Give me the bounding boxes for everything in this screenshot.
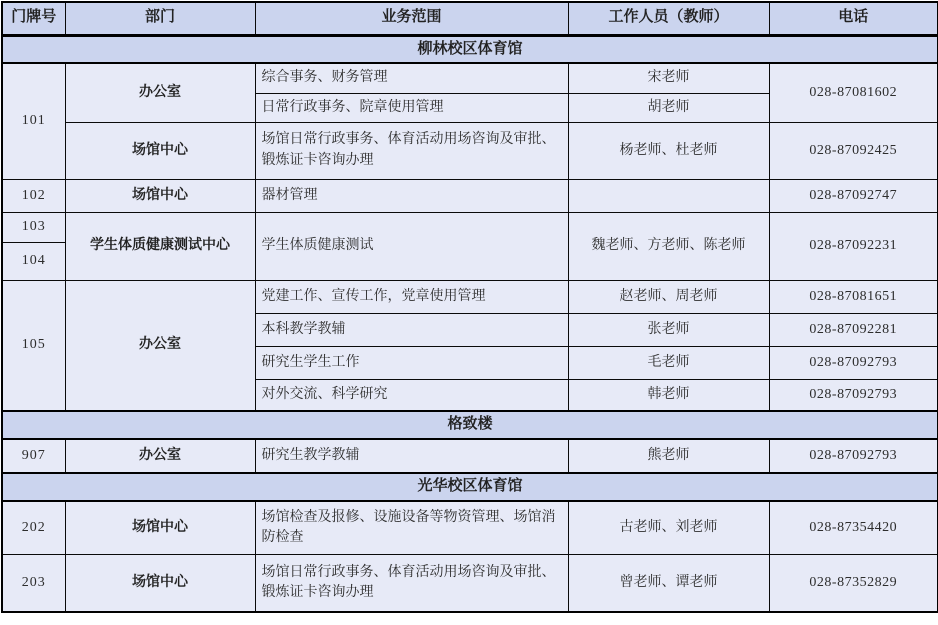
staff-cell: 曾老师、谭老师: [568, 555, 769, 612]
table-row: 202 场馆中心 场馆检查及报修、设施设备等物资管理、场馆消防检查 古老师、刘老…: [2, 501, 938, 555]
table-row: 场馆中心 场馆日常行政事务、体育活动用场咨询及审批、锻炼证卡咨询办理 杨老师、杜…: [2, 122, 938, 179]
dept-cell: 办公室: [65, 280, 255, 411]
staff-cell: 韩老师: [568, 379, 769, 411]
header-staff: 工作人员（教师）: [568, 2, 769, 35]
staff-cell: 宋老师: [568, 63, 769, 93]
scope-cell: 器材管理: [255, 179, 568, 212]
staff-cell: 张老师: [568, 313, 769, 346]
room-cell: 103: [2, 212, 65, 242]
dept-cell: 场馆中心: [65, 555, 255, 612]
table-row: 103 学生体质健康测试中心 学生体质健康测试 魏老师、方老师、陈老师 028-…: [2, 212, 938, 242]
phone-cell: 028-87352829: [769, 555, 938, 612]
phone-cell: 028-87092425: [769, 122, 938, 179]
staff-cell: 魏老师、方老师、陈老师: [568, 212, 769, 280]
scope-cell: 本科教学教辅: [255, 313, 568, 346]
header-room: 门牌号: [2, 2, 65, 35]
header-phone: 电话: [769, 2, 938, 35]
scope-cell: 综合事务、财务管理: [255, 63, 568, 93]
table-row: 907 办公室 研究生教学教辅 熊老师 028-87092793: [2, 439, 938, 473]
section-row-guanghua-gym: 光华校区体育馆: [2, 473, 938, 501]
phone-cell: 028-87092793: [769, 439, 938, 473]
scope-cell: 研究生教学教辅: [255, 439, 568, 473]
staff-cell: 杨老师、杜老师: [568, 122, 769, 179]
staff-cell: 古老师、刘老师: [568, 501, 769, 555]
scope-cell: 场馆检查及报修、设施设备等物资管理、场馆消防检查: [255, 501, 568, 555]
room-cell: 104: [2, 242, 65, 280]
dept-cell: 场馆中心: [65, 122, 255, 179]
room-cell: 102: [2, 179, 65, 212]
phone-cell: 028-87354420: [769, 501, 938, 555]
header-dept: 部门: [65, 2, 255, 35]
scope-cell: 学生体质健康测试: [255, 212, 568, 280]
section-row-liulin-gym: 柳林校区体育馆: [2, 35, 938, 63]
phone-cell: 028-87092231: [769, 212, 938, 280]
phone-cell: 028-87092747: [769, 179, 938, 212]
table-row: 105 办公室 党建工作、宣传工作，党章使用管理 赵老师、周老师 028-870…: [2, 280, 938, 313]
phone-cell: 028-87092793: [769, 346, 938, 379]
phone-cell: 028-87092793: [769, 379, 938, 411]
room-cell: 203: [2, 555, 65, 612]
room-cell: 202: [2, 501, 65, 555]
page: 门牌号 部门 业务范围 工作人员（教师） 电话 柳林校区体育馆 101 办公室 …: [0, 0, 938, 625]
staff-cell: 赵老师、周老师: [568, 280, 769, 313]
contact-directory-table: 门牌号 部门 业务范围 工作人员（教师） 电话 柳林校区体育馆 101 办公室 …: [1, 1, 938, 613]
phone-cell: 028-87081651: [769, 280, 938, 313]
section-row-gezhi-building: 格致楼: [2, 411, 938, 439]
scope-cell: 对外交流、科学研究: [255, 379, 568, 411]
table-row: 203 场馆中心 场馆日常行政事务、体育活动用场咨询及审批、锻炼证卡咨询办理 曾…: [2, 555, 938, 612]
dept-cell: 场馆中心: [65, 501, 255, 555]
room-cell: 907: [2, 439, 65, 473]
dept-cell: 办公室: [65, 439, 255, 473]
section-title: 格致楼: [2, 411, 938, 439]
scope-cell: 研究生学生工作: [255, 346, 568, 379]
dept-cell: 学生体质健康测试中心: [65, 212, 255, 280]
scope-cell: 日常行政事务、院章使用管理: [255, 93, 568, 122]
room-cell: 105: [2, 280, 65, 411]
dept-cell: 办公室: [65, 63, 255, 122]
dept-cell: 场馆中心: [65, 179, 255, 212]
staff-cell: 胡老师: [568, 93, 769, 122]
room-cell: 101: [2, 63, 65, 179]
staff-cell: 毛老师: [568, 346, 769, 379]
section-title: 柳林校区体育馆: [2, 35, 938, 63]
table-row: 102 场馆中心 器材管理 028-87092747: [2, 179, 938, 212]
scope-cell: 场馆日常行政事务、体育活动用场咨询及审批、锻炼证卡咨询办理: [255, 122, 568, 179]
scope-cell: 场馆日常行政事务、体育活动用场咨询及审批、锻炼证卡咨询办理: [255, 555, 568, 612]
staff-cell: [568, 179, 769, 212]
section-title: 光华校区体育馆: [2, 473, 938, 501]
header-scope: 业务范围: [255, 2, 568, 35]
phone-cell: 028-87092281: [769, 313, 938, 346]
table-row: 101 办公室 综合事务、财务管理 宋老师 028-87081602: [2, 63, 938, 93]
header-row: 门牌号 部门 业务范围 工作人员（教师） 电话: [2, 2, 938, 35]
scope-cell: 党建工作、宣传工作，党章使用管理: [255, 280, 568, 313]
phone-cell: 028-87081602: [769, 63, 938, 122]
staff-cell: 熊老师: [568, 439, 769, 473]
